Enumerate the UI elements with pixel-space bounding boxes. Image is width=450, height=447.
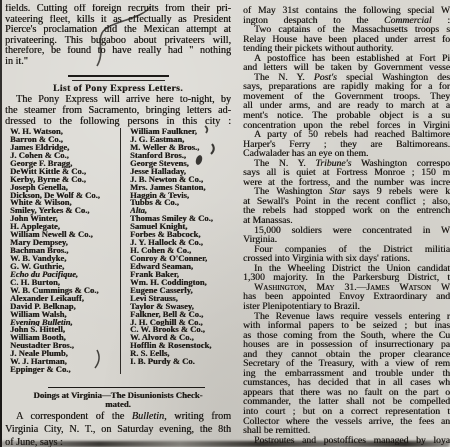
letter-recipient: Eppinger & Co., xyxy=(10,366,120,374)
news-line: the rebels had stopped work on the entre… xyxy=(243,206,450,216)
letter-recipient: James Eldridge, xyxy=(10,144,120,152)
letter-recipient: Barron & Co., xyxy=(10,136,120,144)
section-rule xyxy=(68,75,169,77)
news-line: with informal papers to be seized ; but … xyxy=(243,321,450,331)
news-line: ister Plenipotentiary to Brazil. xyxy=(243,302,450,312)
letter-recipient: Conroy & O'Conner, xyxy=(130,255,232,263)
letter-recipient: R. S. Eells, xyxy=(130,350,232,358)
news-line: The N. Y. Tribune's Washington correspo xyxy=(243,159,450,169)
paragraph-line: the steamer from Sacramento, bringing le… xyxy=(5,105,231,116)
news-line: movement of the Government troops. They xyxy=(243,92,450,102)
news-line: A postoffice has been established at For… xyxy=(243,54,450,64)
letter-recipient: George Stevens, xyxy=(130,160,232,168)
news-line: Washington, May 31.—James Watson W xyxy=(243,283,450,293)
letter-recipient: W. J. Hartman, xyxy=(10,358,120,366)
newspaper-clipping: { "colors": { "paper": "#d9d7d1", "ink":… xyxy=(0,0,450,447)
news-line: 15,000 soldiers were concentrated in W xyxy=(243,226,450,236)
letter-recipient: Neustadter Bros., xyxy=(10,342,120,350)
letter-recipient: J. H. Coghill & Co., xyxy=(130,319,232,327)
news-line: The Washington Star says 9 rebels were k xyxy=(243,187,450,197)
letter-recipient: Smiley, Yerkes & Co., xyxy=(10,207,120,215)
letter-recipient: H. Cohen & Co., xyxy=(130,247,232,255)
news-line: into court ; but on a correct representa… xyxy=(243,407,450,417)
column-divider-rule xyxy=(0,0,2,447)
pony-letters-list: W. H. Watson,Barron & Co.,James Eldridge… xyxy=(10,128,232,374)
news-line: houses are in possession of insurrection… xyxy=(243,340,450,350)
news-line: tending their pickets without authority. xyxy=(243,44,450,54)
letter-recipient: Joseph Genella, xyxy=(10,184,120,192)
news-line: A party of 50 rebels had reached Baltimo… xyxy=(243,130,450,140)
letter-recipient: George F. Bragg, xyxy=(10,160,120,168)
news-line: 1,300 majority. In the Parkersburg Distr… xyxy=(243,273,450,283)
paragraph-line: A correspondent of the Bulletin, writing… xyxy=(5,410,231,423)
paragraph-line: in it." xyxy=(5,57,231,68)
letter-recipient: David P. Belknap, xyxy=(10,303,120,311)
news-line: of May 31st contains the following speci… xyxy=(243,6,450,16)
letter-recipient: John Winter, xyxy=(10,215,120,223)
news-line: says all is quiet at Fortress Monroe ; 1… xyxy=(243,168,450,178)
news-line: as those coming from the South, where th… xyxy=(243,331,450,341)
news-line: and they cannot obtain the proper cleara… xyxy=(243,350,450,360)
letter-recipient: W. H. Watson, xyxy=(10,128,120,136)
news-line: Cadwalader has an eye on them. xyxy=(243,149,450,159)
virginia-heading-line1: Doings at Virginia—The Disunionists Chec… xyxy=(5,391,231,400)
letter-recipient: William Newell & Co., xyxy=(10,231,120,239)
letter-recipient: John S. Hittell, xyxy=(10,326,120,334)
letter-recipient: DeWitt Kittle & Co., xyxy=(10,168,120,176)
news-line: cumstances, has decided that in all case… xyxy=(243,378,450,388)
letter-recipient: W. B. Cummings & Co., xyxy=(10,287,120,295)
letter-recipient: Alexander Leikauff, xyxy=(10,295,120,303)
letter-recipient: W. B. Vandyke, xyxy=(10,255,120,263)
letter-recipient: Echo du Pacifique, xyxy=(10,271,120,279)
pony-express-intro: The Pony Express will arrive here to-nig… xyxy=(5,94,231,127)
paragraph-line: privateering. This bugaboo about private… xyxy=(5,36,231,47)
section-rule xyxy=(72,80,165,81)
letter-recipient: William Booth, xyxy=(10,334,120,342)
letter-recipient: Samuel Knight, xyxy=(130,223,232,231)
paragraph-line: Virginia City, N. T., on Saturday evenin… xyxy=(5,423,231,436)
letter-recipient: William Faulkner, xyxy=(130,128,232,136)
letter-recipient: Forbes & Babcock, xyxy=(130,231,232,239)
letter-recipient: H. Applegate, xyxy=(10,223,120,231)
letter-recipient: M. Weller & Bros., xyxy=(130,144,232,152)
letter-recipient: White & Wilson, xyxy=(10,199,120,207)
letter-recipient: Tubbs & Co., xyxy=(130,199,232,207)
right-column: of May 31st contains the following speci… xyxy=(243,6,450,445)
news-line: shall be remitted. xyxy=(243,426,450,436)
news-line: In the Wheeling District the Union candi… xyxy=(243,264,450,274)
letter-recipient: Hofflin & Rosenstock, xyxy=(130,342,232,350)
news-line: The Revenue laws require vessels enterin… xyxy=(243,312,450,322)
news-line: Secretary of the Treasury, with a view o… xyxy=(243,359,450,369)
letter-recipient: Haggin & Tevis, xyxy=(130,192,232,200)
paragraph-line: dressed to the following persons in this… xyxy=(5,116,231,127)
letter-recipient: I. B. Purdy & Co. xyxy=(130,358,232,366)
letter-recipient: Mrs. James Stanton, xyxy=(130,184,232,192)
news-line: crossed into Virginia with six days' rat… xyxy=(243,254,450,264)
news-line: at Manassas. xyxy=(243,216,450,226)
news-line: were at the fortress, and the number was… xyxy=(243,178,450,188)
letters-list-right-subcolumn: William Faulkner,J. G. Eastman,M. Weller… xyxy=(120,128,232,374)
letters-list-left-subcolumn: W. H. Watson,Barron & Co.,James Eldridge… xyxy=(10,128,120,374)
paragraph-line: fields. Cutting off foreign recruits fro… xyxy=(5,4,231,15)
letter-recipient: Frank Baker, xyxy=(130,271,232,279)
letter-recipient: Evening Bulletin, xyxy=(10,319,120,327)
letter-recipient: C. H. Burton, xyxy=(10,279,120,287)
bottom-edge-smear xyxy=(0,441,450,447)
news-line: ment's notice. The probable object is a … xyxy=(243,111,450,121)
letter-recipient: William Walsh, xyxy=(10,311,120,319)
letter-recipient: Thomas Smiley & Co., xyxy=(130,215,232,223)
news-line: has been appointed Envoy Extraordinary a… xyxy=(243,292,450,302)
news-line: Collector where the vessels arrive, the … xyxy=(243,417,450,427)
letter-recipient: Wm. H. Coddington, xyxy=(130,279,232,287)
opening-paragraph: fields. Cutting off foreign recruits fro… xyxy=(5,4,231,67)
news-line: says, preparations are rapidly making fo… xyxy=(243,82,450,92)
letter-recipient: Alta, xyxy=(130,207,232,215)
letter-recipient: Bachman Bros., xyxy=(10,247,120,255)
letter-recipient: Stanford Bros., xyxy=(130,152,232,160)
letter-recipient: J. G. Eastman, xyxy=(130,136,232,144)
letter-recipient: Dickson, De Wolf & Co., xyxy=(10,192,120,200)
virginia-heading-line2: mated. xyxy=(5,400,231,409)
letter-recipient: J. B. Newton & Co., xyxy=(130,176,232,184)
news-line: ington despatch to the Commercial : xyxy=(243,16,450,26)
section-rule xyxy=(48,387,205,388)
paragraph-line: therefore, be found to have really had "… xyxy=(5,46,231,57)
letter-recipient: Falkner, Bell & Co., xyxy=(130,311,232,319)
letter-recipient: Edward Seaman, xyxy=(130,263,232,271)
news-line: commander, the latter shall not be compe… xyxy=(243,397,450,407)
paragraph-line: Pierce's proclamation did the Mexican at… xyxy=(5,25,231,36)
letter-recipient: J. Cohen & Co., xyxy=(10,152,120,160)
letter-recipient: W. Alvord & Co., xyxy=(130,334,232,342)
letter-recipient: G. W. Guthrie, xyxy=(10,263,120,271)
paragraph-line: vateering fleet, kills it as effectually… xyxy=(5,15,231,26)
news-line: The N. Y. Post's special Washington des xyxy=(243,73,450,83)
news-line: Relay House have been placed under arres… xyxy=(243,35,450,45)
paragraph-line: The Pony Express will arrive here to-nig… xyxy=(5,94,231,105)
news-line: concentration upon the rebel forces in V… xyxy=(243,121,450,131)
news-line: Virginia. xyxy=(243,235,450,245)
letter-recipient: Mary Dempsey, xyxy=(10,239,120,247)
news-line: and letters will be taken by Government … xyxy=(243,63,450,73)
news-line: Two captains of the Massachusetts troops… xyxy=(243,25,450,35)
news-line: appears that there was no fault on the p… xyxy=(243,388,450,398)
virginia-heading: Doings at Virginia—The Disunionists Chec… xyxy=(5,391,231,408)
news-line: at Sewall's Point in the recent conflict… xyxy=(243,197,450,207)
news-line: all under arms, and are ready to march a… xyxy=(243,101,450,111)
letter-recipient: C. W. Brooks & Co., xyxy=(130,326,232,334)
news-line: ing the embarrassment and trouble under … xyxy=(243,369,450,379)
letter-recipient: J. Y. Hallock & Co., xyxy=(130,239,232,247)
news-line: Harper's Ferry ; they are Baltimoreans. xyxy=(243,140,450,150)
letter-recipient: Levi Strauss, xyxy=(130,295,232,303)
letter-recipient: Eugene Casserly, xyxy=(130,287,232,295)
letter-recipient: J. Neale Plumb, xyxy=(10,350,120,358)
letter-recipient: Kerby, Byrne & Co., xyxy=(10,176,120,184)
letter-recipient: Jesse Halladay, xyxy=(130,168,232,176)
news-line: Four companies of the District militia xyxy=(243,245,450,255)
letter-recipient: Taylor & Swasey, xyxy=(130,303,232,311)
pony-express-heading: List of Pony Express Letters. xyxy=(5,83,231,94)
